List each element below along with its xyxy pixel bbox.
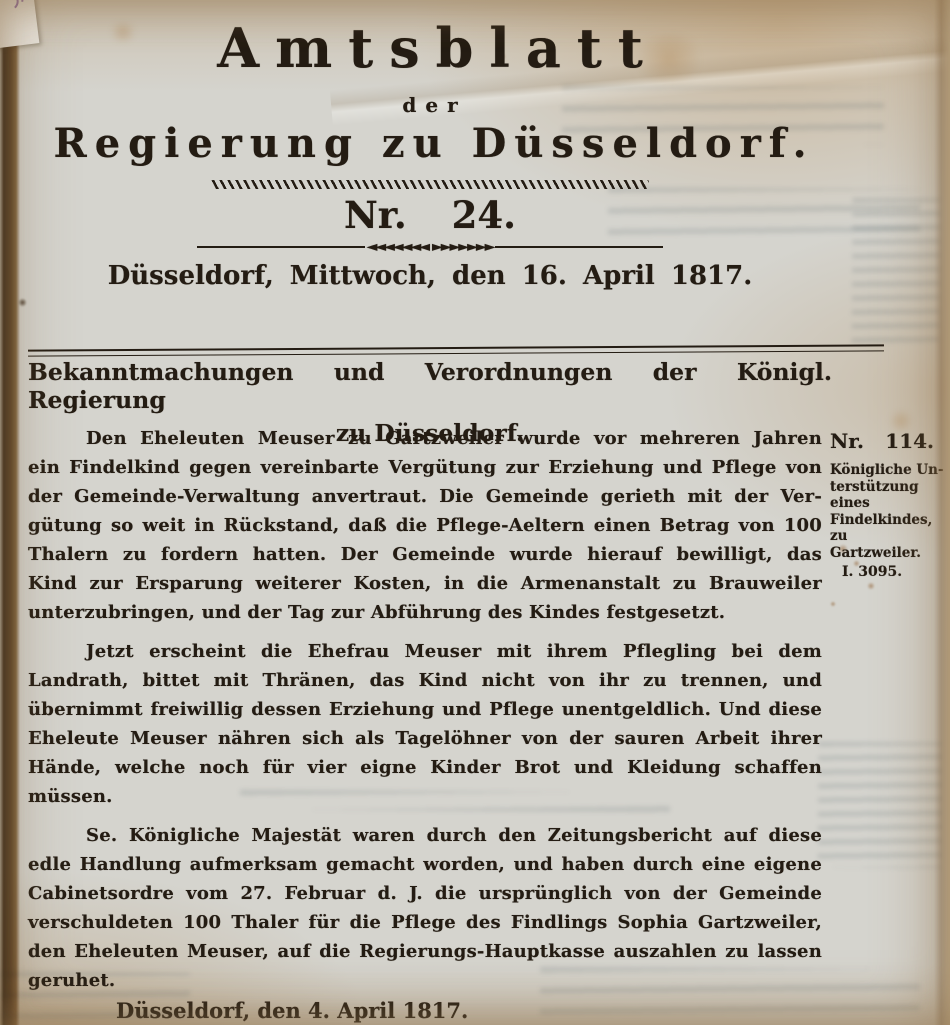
- book-spine-edge: [0, 0, 20, 1025]
- stain: [867, 582, 875, 590]
- margin-note-line: Gartzweiler.: [830, 545, 946, 562]
- text-line: Kind zur Ersparung weiterer Kosten, in d…: [28, 569, 822, 598]
- margin-note-body: Königliche Un- terstützung eines Findelk…: [830, 462, 946, 561]
- section-heading-line1: Bekanntmachungen und Verordnungen der Kö…: [28, 358, 832, 414]
- text-line: übernimmt freiwillig dessen Erziehung un…: [28, 695, 822, 724]
- text-line: gütung so weit in Rückstand, daß die Pfl…: [28, 511, 822, 540]
- closing-dateline: Düsseldorf, den 4. April 1817.: [28, 996, 822, 1025]
- arrow-rule-ornament: ◄◄◄◄◄◄◄ ►►►►►►►: [0, 242, 860, 252]
- margin-note-line: Königliche Un-: [830, 462, 946, 479]
- margin-note-label: Nr.: [830, 429, 864, 453]
- text-line: Eheleute Meuser nähren sich als Tagelöhn…: [28, 724, 822, 753]
- page-right-edge: [934, 0, 950, 1025]
- margin-note-line: Findelkindes, zu: [830, 512, 946, 545]
- article-body: Den Eheleuten Meuser zu Gartzweiler wurd…: [28, 424, 822, 1025]
- text-line: Landrath, bittet mit Thränen, das Kind n…: [28, 666, 822, 695]
- paragraph: Den Eheleuten Meuser zu Gartzweiler wurd…: [28, 424, 822, 627]
- paragraph: Se. Königliche Majestät waren durch den …: [28, 821, 822, 995]
- gazette-subtitle-der: der: [0, 93, 860, 117]
- bleedthrough-ghost: [818, 742, 943, 869]
- wavy-rule-ornament: [211, 180, 649, 189]
- text-line: Hände, welche noch für vier eigne Kinder…: [28, 753, 822, 782]
- double-rule: [28, 344, 884, 356]
- margin-note-number: Nr. 114.: [830, 429, 934, 453]
- margin-note-value: 114.: [885, 429, 934, 453]
- text-line: Thalern zu fordern hatten. Der Gemeinde …: [28, 540, 822, 569]
- label-sticker: [0, 0, 39, 49]
- paragraph: Jetzt erscheint die Ehefrau Meuser mit i…: [28, 637, 822, 811]
- masthead: Amtsblatt der Regierung zu Düsseldorf. N…: [0, 0, 860, 291]
- gazette-subtitle: Regierung zu Düsseldorf.: [0, 120, 860, 167]
- text-line: edle Handlung aufmerksam gemacht worden,…: [28, 850, 822, 879]
- text-line: ein Findelkind gegen vereinbarte Vergütu…: [28, 453, 822, 482]
- rule-segment: [495, 246, 663, 248]
- gazette-page-photo: Amtsblatt der Regierung zu Düsseldorf. N…: [0, 0, 950, 1025]
- right-arrows-ornament: ►►►►►►►: [430, 242, 495, 252]
- text-line: verschuldeten 100 Thaler für die Pflege …: [28, 908, 822, 937]
- text-line: Se. Königliche Majestät waren durch den …: [28, 821, 822, 850]
- text-line: der Gemeinde-Verwaltung anvertraut. Die …: [28, 482, 822, 511]
- left-arrows-ornament: ◄◄◄◄◄◄◄: [365, 242, 430, 252]
- text-line: den Eheleuten Meuser, auf die Regierungs…: [28, 937, 822, 966]
- issue-dateline: Düsseldorf, Mittwoch, den 16. April 1817…: [0, 261, 860, 291]
- text-line: müssen.: [28, 782, 822, 811]
- gazette-title: Amtsblatt: [0, 16, 860, 80]
- issue-number: Nr. 24.: [0, 193, 860, 237]
- stain: [830, 601, 836, 607]
- text-line: Den Eheleuten Meuser zu Gartzweiler wurd…: [28, 424, 822, 453]
- margin-note-line: terstützung eines: [830, 479, 946, 512]
- handwritten-mark: [0, 0, 39, 49]
- margin-note: Nr. 114. Königliche Un- terstützung eine…: [830, 429, 946, 580]
- rule-segment: [197, 246, 365, 248]
- text-line: Cabinetsordre vom 27. Februar d. J. die …: [28, 879, 822, 908]
- margin-note-reference: I. 3095.: [830, 564, 946, 580]
- text-line: geruhet.: [28, 966, 822, 995]
- bleedthrough-ghost: [851, 198, 940, 351]
- text-line: Jetzt erscheint die Ehefrau Meuser mit i…: [28, 637, 822, 666]
- text-line: unterzubringen, und der Tag zur Abführun…: [28, 598, 822, 627]
